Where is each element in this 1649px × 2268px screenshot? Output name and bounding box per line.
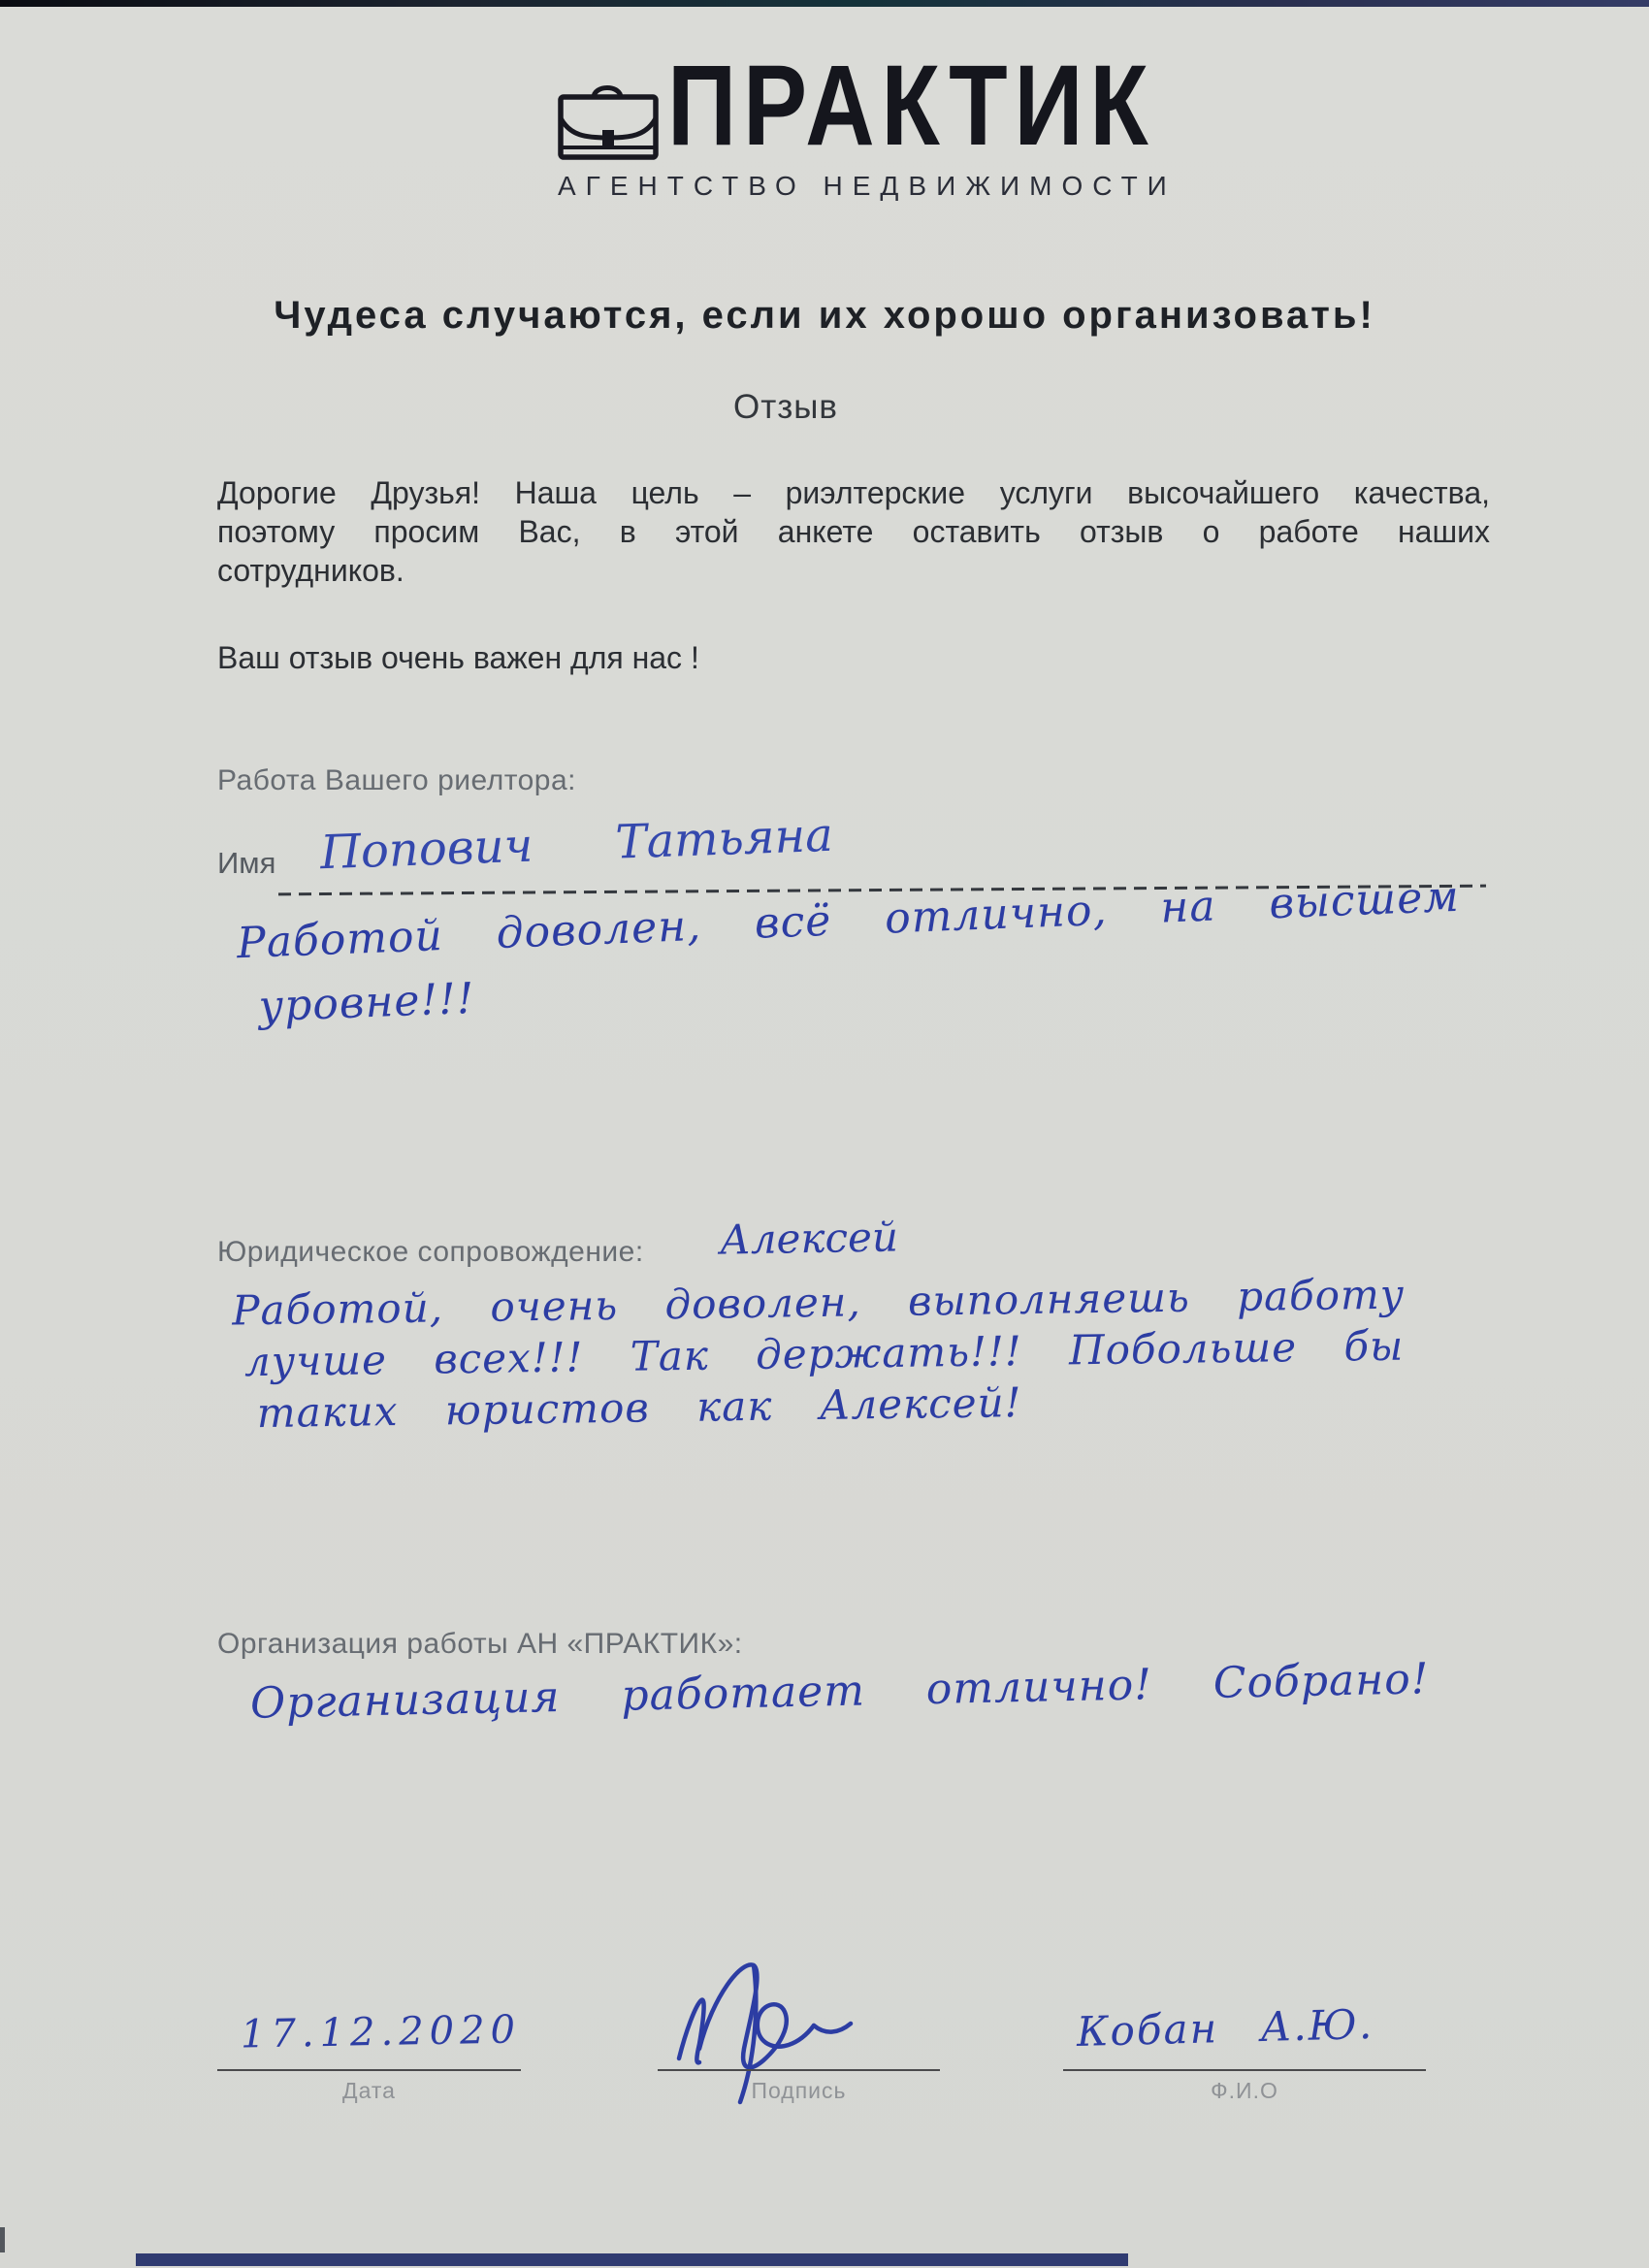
briefcase-icon	[557, 81, 660, 161]
scanned-feedback-form: ПРАКТИК АГЕНТСТВО НЕДВИЖИМОСТИ Чудеса сл…	[0, 0, 1649, 2268]
intro-line-3: сотрудников.	[217, 551, 1490, 590]
fio-label: Ф.И.О	[1063, 2078, 1426, 2104]
signature-label: Подпись	[658, 2078, 940, 2104]
scan-edge-mark-left	[0, 2227, 5, 2252]
name-field-label: Имя	[217, 846, 275, 881]
slogan: Чудеса случаются, если их хорошо организ…	[239, 294, 1410, 338]
date-line	[217, 2069, 521, 2071]
handwritten-fio: Кобан А.Ю.	[1076, 2000, 1374, 2056]
legal-section-label: Юридическое сопровождение:	[217, 1236, 644, 1269]
signature-line	[658, 2069, 940, 2071]
fio-line	[1063, 2069, 1426, 2071]
intro-line-1: Дорогие Друзья! Наша цель – риэлтерские …	[217, 473, 1490, 512]
handwritten-legal-response: Работой, очень доволен, выполняешь работ…	[232, 1269, 1406, 1440]
scan-edge-artifact-bottom	[136, 2253, 1128, 2266]
handwritten-date: 17.12.2020	[241, 2007, 522, 2057]
handwritten-realtor-name: Попович Татьяна	[319, 808, 833, 880]
handwritten-organization-response: Организация работает отлично! Собрано!	[250, 1654, 1430, 1728]
intro-note: Ваш отзыв очень важен для нас !	[217, 640, 699, 676]
form-title: Отзыв	[0, 388, 1571, 427]
scan-edge-artifact-top	[0, 0, 1649, 7]
realtor-section-label: Работа Вашего риелтора:	[217, 764, 576, 797]
intro-paragraph: Дорогие Друзья! Наша цель – риэлтерские …	[217, 473, 1490, 590]
intro-line-2: поэтому просим Вас, в этой анкете остави…	[217, 512, 1490, 551]
date-label: Дата	[217, 2078, 521, 2104]
brand-name: ПРАКТИК	[667, 49, 1155, 163]
brand-subtitle: АГЕНТСТВО НЕДВИЖИМОСТИ	[558, 171, 1177, 202]
organization-section-label: Организация работы АН «ПРАКТИК»:	[217, 1628, 743, 1661]
handwritten-legal-name: Алексей	[720, 1213, 899, 1263]
